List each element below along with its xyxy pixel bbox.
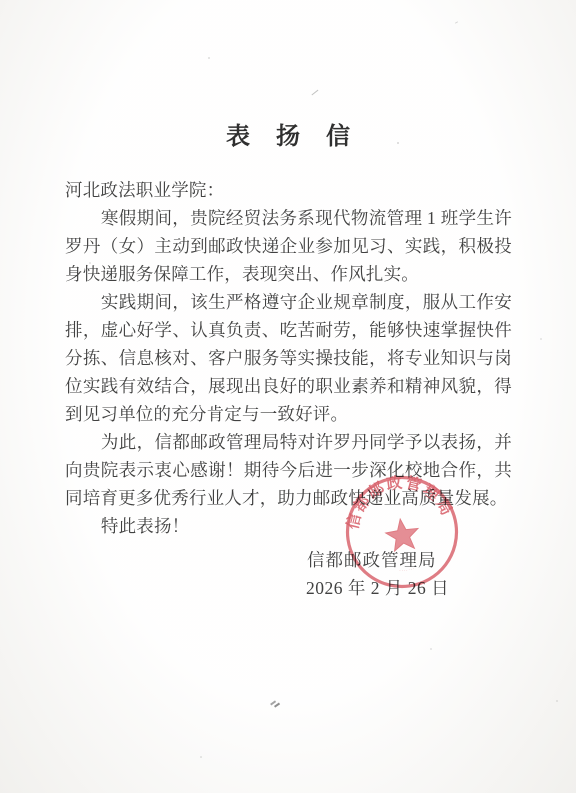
scan-speckle — [430, 648, 432, 650]
scan-speckle — [556, 700, 558, 702]
scan-mark — [311, 90, 318, 96]
letter-greeting: 河北政法职业学院： — [65, 176, 512, 204]
scan-speckle — [455, 21, 458, 23]
paragraph-performance: 实践期间，该生严格遵守企业规章制度，服从工作安排，虚心好学、认真负责、吃苦耐劳，… — [65, 288, 512, 428]
letter-title: 表 扬 信 — [0, 116, 576, 151]
scan-mark — [270, 700, 276, 705]
seal-microtext: ······· — [399, 566, 416, 574]
scan-speckle — [208, 57, 210, 59]
seal-star-icon — [384, 517, 420, 552]
official-red-seal: 信都邮政管理局 ······· — [333, 463, 471, 601]
scan-speckle — [540, 338, 542, 340]
paragraph-internship: 寒假期间，贵院经贸法务系现代物流管理 1 班学生许罗丹（女）主动到邮政快递企业参… — [65, 204, 512, 288]
scan-speckle — [200, 756, 202, 758]
scanned-commendation-letter: 表 扬 信 河北政法职业学院： 寒假期间，贵院经贸法务系现代物流管理 1 班学生… — [0, 0, 576, 793]
seal-graphic: 信都邮政管理局 ······· — [333, 463, 471, 601]
